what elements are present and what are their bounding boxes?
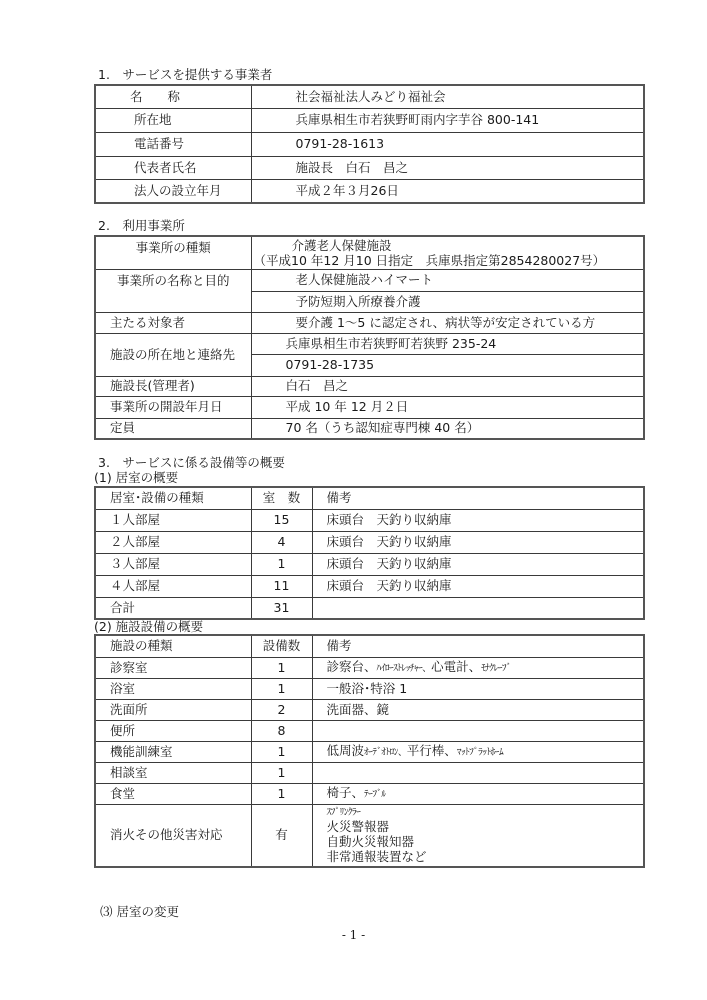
- table-row: ４人部屋 11 床頭台 天釣り収納庫: [95, 575, 644, 597]
- note-line: 非常通報装置など: [327, 849, 644, 864]
- room-note: 床頭台 天釣り収納庫: [312, 575, 644, 597]
- facility-type: 食堂: [95, 783, 251, 804]
- facility-type: 浴室: [95, 678, 251, 699]
- facility-count: 1: [251, 657, 312, 678]
- row-label: 施設長(管理者): [95, 376, 251, 396]
- row-value: 白石 昌之: [251, 376, 644, 396]
- row-label: 所在地: [95, 108, 251, 132]
- row-value: 施設長 白石 昌之: [251, 156, 644, 179]
- facility-type: 便所: [95, 720, 251, 741]
- table-row: 浴室 1 一般浴･特浴 1: [95, 678, 644, 699]
- row-value: 70 名（うち認知症専門棟 40 名）: [251, 418, 644, 439]
- facility-name: 老人保健施設ハイマート: [251, 269, 644, 291]
- row-value: 要介護 1～5 に認定され、病状等が安定されている方: [251, 312, 644, 333]
- facility-type: 機能訓練室: [95, 741, 251, 762]
- table-row: 定員 70 名（うち認知症専門棟 40 名）: [95, 418, 644, 439]
- table-row: 所在地 兵庫県相生市若狭野町雨内字芋谷 800-141: [95, 108, 644, 132]
- row-label: 事業所の種類: [95, 236, 251, 269]
- table-header-row: 施設の種類 設備数 備考: [95, 635, 644, 657]
- column-header: 施設の種類: [95, 635, 251, 657]
- row-value: 介護老人保健施設 （平成10 年12 月10 日指定 兵庫県指定第2854280…: [251, 236, 644, 269]
- facility-designation: （平成10 年12 月10 日指定 兵庫県指定第2854280027号）: [254, 253, 644, 268]
- room-count: 1: [251, 553, 312, 575]
- page-number: - 1 -: [0, 928, 707, 942]
- note-line: 火災警報器: [327, 819, 644, 834]
- room-type: １人部屋: [95, 509, 251, 531]
- facility-count: 1: [251, 741, 312, 762]
- rooms-subheading: (1) 居室の概要: [94, 471, 178, 485]
- row-label: 事業所の名称と目的: [95, 269, 251, 312]
- section-1-heading: 1. サービスを提供する事業者: [98, 68, 272, 82]
- room-count: 11: [251, 575, 312, 597]
- facility-count: 1: [251, 762, 312, 783]
- column-header: 備考: [312, 635, 644, 657]
- table-row: ２人部屋 4 床頭台 天釣り収納庫: [95, 531, 644, 553]
- facilities-subheading: (2) 施設設備の概要: [94, 620, 203, 634]
- row-value: 社会福祉法人みどり福祉会: [251, 85, 644, 108]
- table-row: 事業所の名称と目的 老人保健施設ハイマート: [95, 269, 644, 291]
- column-header: 設備数: [251, 635, 312, 657]
- facility-phone: 0791-28-1735: [251, 354, 644, 376]
- facility-note: ｽﾌﾟﾘﾝｸﾗｰ 火災警報器 自動火災報知器 非常通報装置など: [312, 804, 644, 867]
- facility-info-table: 事業所の種類 介護老人保健施設 （平成10 年12 月10 日指定 兵庫県指定第…: [94, 235, 645, 440]
- facility-count: 1: [251, 783, 312, 804]
- table-row: １人部屋 15 床頭台 天釣り収納庫: [95, 509, 644, 531]
- column-header: 居室･設備の種類: [95, 487, 251, 509]
- room-note: 床頭台 天釣り収納庫: [312, 553, 644, 575]
- note-line: ｽﾌﾟﾘﾝｸﾗｰ: [327, 806, 644, 819]
- table-row: 代表者氏名 施設長 白石 昌之: [95, 156, 644, 179]
- room-count: 31: [251, 597, 312, 619]
- section-2-heading: 2. 利用事業所: [98, 219, 185, 233]
- table-row: 機能訓練室 1 低周波ｵｰﾃﾞｵﾄﾛﾝ、平行棒、ﾏｯﾄﾌﾟﾗｯﾄﾎｰﾑ: [95, 741, 644, 762]
- note-line: 自動火災報知器: [327, 834, 644, 849]
- table-row: 食堂 1 椅子、ﾃｰﾌﾞﾙ: [95, 783, 644, 804]
- facility-note: [312, 720, 644, 741]
- table-header-row: 居室･設備の種類 室 数 備考: [95, 487, 644, 509]
- row-label: 法人の設立年月: [95, 179, 251, 203]
- row-value: 平成 10 年 12 月２日: [251, 396, 644, 418]
- facility-note: 一般浴･特浴 1: [312, 678, 644, 699]
- table-row: 相談室 1: [95, 762, 644, 783]
- facility-note: 洗面器、鏡: [312, 699, 644, 720]
- facility-purpose: 予防短期入所療養介護: [251, 291, 644, 312]
- table-row: 便所 8: [95, 720, 644, 741]
- table-row: 施設長(管理者) 白石 昌之: [95, 376, 644, 396]
- facility-note: 低周波ｵｰﾃﾞｵﾄﾛﾝ、平行棒、ﾏｯﾄﾌﾟﾗｯﾄﾎｰﾑ: [312, 741, 644, 762]
- row-label: 代表者氏名: [95, 156, 251, 179]
- row-label: 名 称: [95, 85, 251, 108]
- facility-note: 診察台、ﾊｲﾛｰｽﾄﾚｯﾁｬｰ、心電計、ﾓﾅｸﾚｰﾌﾞ: [312, 657, 644, 678]
- room-type: ４人部屋: [95, 575, 251, 597]
- column-header: 室 数: [251, 487, 312, 509]
- row-label: 事業所の開設年月日: [95, 396, 251, 418]
- row-value: 0791-28-1613: [251, 132, 644, 156]
- rooms-table: 居室･設備の種類 室 数 備考 １人部屋 15 床頭台 天釣り収納庫 ２人部屋 …: [94, 486, 645, 620]
- room-type: ２人部屋: [95, 531, 251, 553]
- facility-type: 消火その他災害対応: [95, 804, 251, 867]
- table-row: 事業所の開設年月日 平成 10 年 12 月２日: [95, 396, 644, 418]
- row-label: 定員: [95, 418, 251, 439]
- table-row: 施設の所在地と連絡先 兵庫県相生市若狭野町若狭野 235-24: [95, 333, 644, 354]
- room-change-subheading: ⑶ 居室の変更: [100, 905, 179, 919]
- facility-count: 8: [251, 720, 312, 741]
- room-type: 合計: [95, 597, 251, 619]
- table-row: 消火その他災害対応 有 ｽﾌﾟﾘﾝｸﾗｰ 火災警報器 自動火災報知器 非常通報装…: [95, 804, 644, 867]
- facilities-table: 施設の種類 設備数 備考 診察室 1 診察台、ﾊｲﾛｰｽﾄﾚｯﾁｬｰ、心電計、ﾓ…: [94, 634, 645, 868]
- room-type: ３人部屋: [95, 553, 251, 575]
- room-note: [312, 597, 644, 619]
- table-row: 診察室 1 診察台、ﾊｲﾛｰｽﾄﾚｯﾁｬｰ、心電計、ﾓﾅｸﾚｰﾌﾞ: [95, 657, 644, 678]
- facility-note: [312, 762, 644, 783]
- table-row: 主たる対象者 要介護 1～5 に認定され、病状等が安定されている方: [95, 312, 644, 333]
- section-3-heading: 3. サービスに係る設備等の概要: [98, 456, 285, 470]
- table-row: 名 称 社会福祉法人みどり福祉会: [95, 85, 644, 108]
- facility-type: 診察室: [95, 657, 251, 678]
- room-count: 4: [251, 531, 312, 553]
- row-value: 兵庫県相生市若狭野町雨内字芋谷 800-141: [251, 108, 644, 132]
- row-label: 電話番号: [95, 132, 251, 156]
- row-label: 主たる対象者: [95, 312, 251, 333]
- table-row: 法人の設立年月 平成２年３月26日: [95, 179, 644, 203]
- facility-note: 椅子、ﾃｰﾌﾞﾙ: [312, 783, 644, 804]
- table-row: 電話番号 0791-28-1613: [95, 132, 644, 156]
- provider-table: 名 称 社会福祉法人みどり福祉会 所在地 兵庫県相生市若狭野町雨内字芋谷 800…: [94, 84, 645, 204]
- table-row: ３人部屋 1 床頭台 天釣り収納庫: [95, 553, 644, 575]
- room-note: 床頭台 天釣り収納庫: [312, 509, 644, 531]
- table-row-total: 合計 31: [95, 597, 644, 619]
- column-header: 備考: [312, 487, 644, 509]
- row-value: 平成２年３月26日: [251, 179, 644, 203]
- facility-count: 有: [251, 804, 312, 867]
- table-row: 事業所の種類 介護老人保健施設 （平成10 年12 月10 日指定 兵庫県指定第…: [95, 236, 644, 269]
- facility-address: 兵庫県相生市若狭野町若狭野 235-24: [251, 333, 644, 354]
- table-row: 洗面所 2 洗面器、鏡: [95, 699, 644, 720]
- room-count: 15: [251, 509, 312, 531]
- facility-type-name: 介護老人保健施設: [254, 238, 644, 253]
- facility-count: 2: [251, 699, 312, 720]
- room-note: 床頭台 天釣り収納庫: [312, 531, 644, 553]
- facility-count: 1: [251, 678, 312, 699]
- facility-type: 相談室: [95, 762, 251, 783]
- row-label: 施設の所在地と連絡先: [95, 333, 251, 376]
- facility-type: 洗面所: [95, 699, 251, 720]
